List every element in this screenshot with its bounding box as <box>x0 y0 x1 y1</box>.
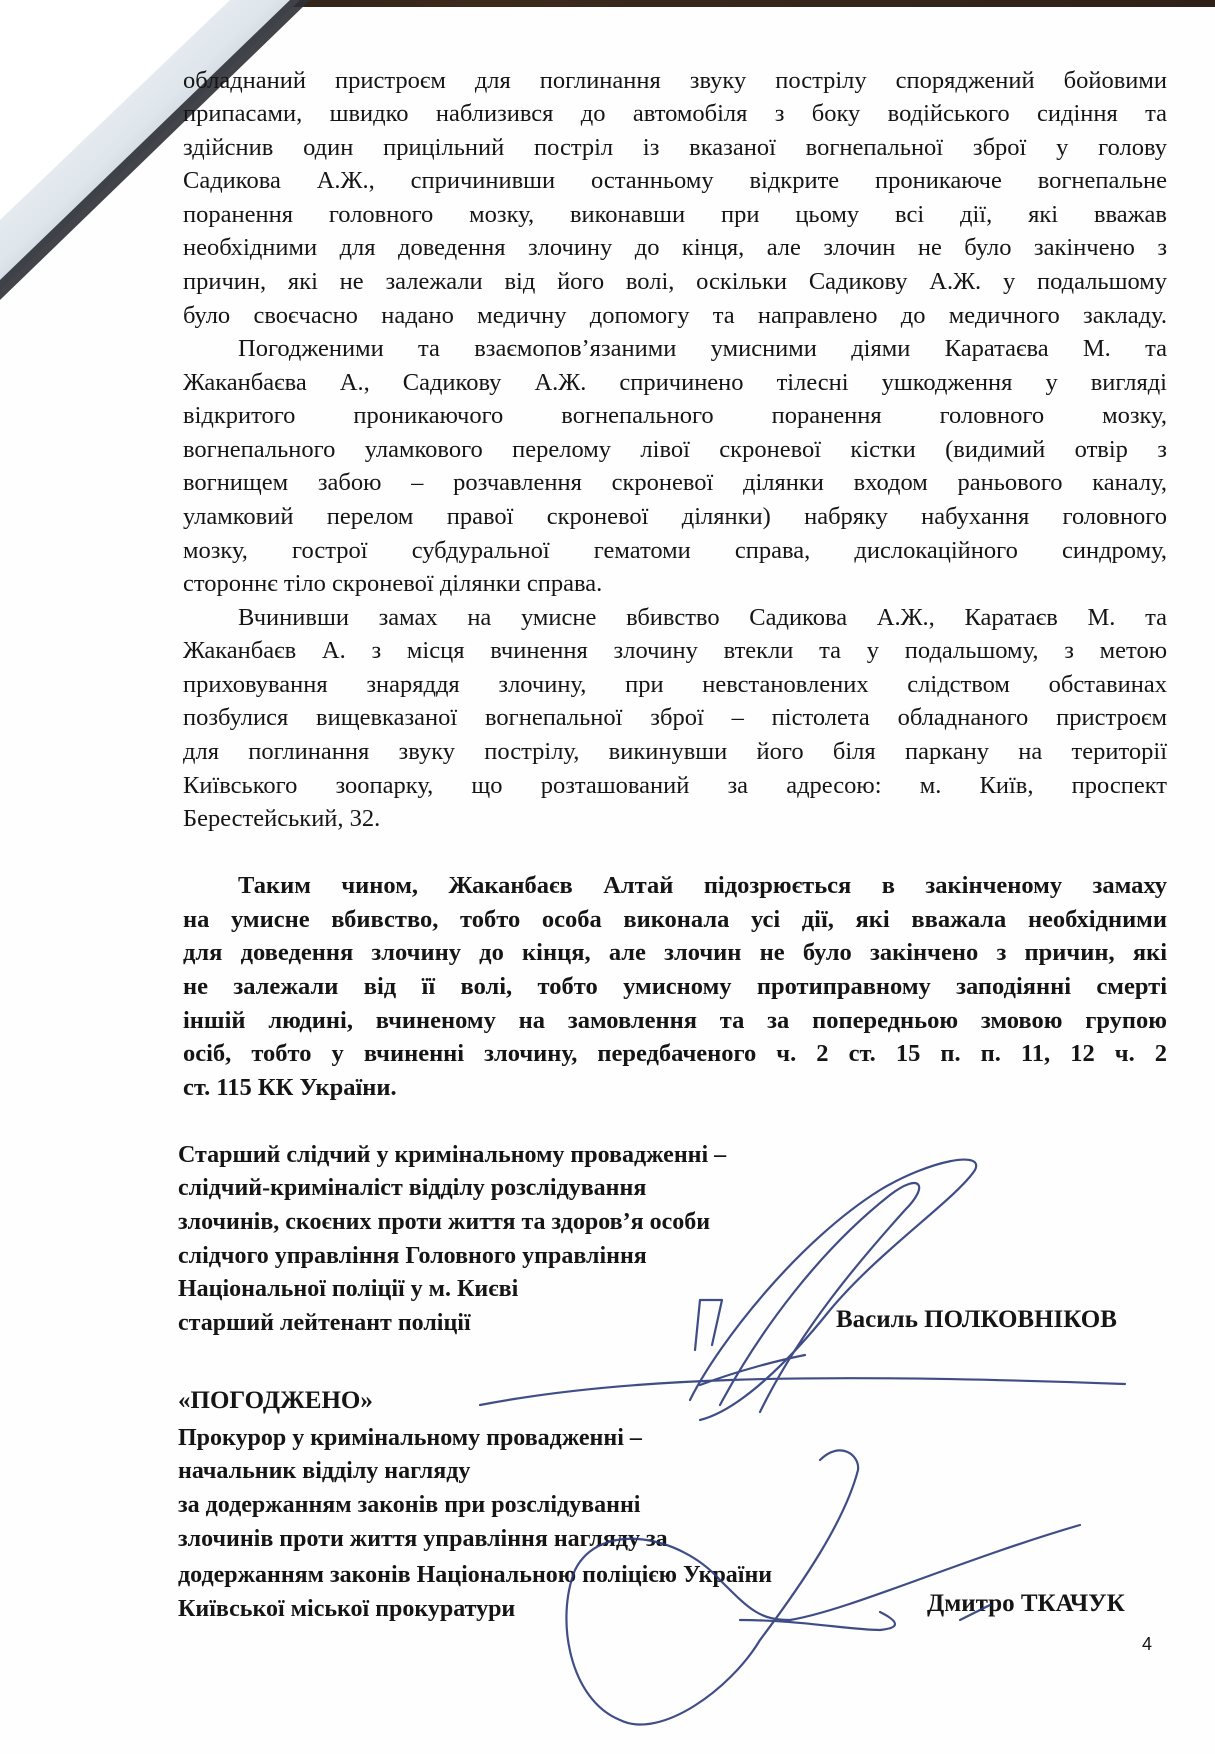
text-line: Садикова А.Ж., спричинивши останньому ві… <box>183 164 1167 198</box>
prosecutor-title-line: Київської міської прокуратури <box>178 1592 515 1626</box>
text-line: позбулися вищевказаної вогнепальної збро… <box>183 701 1167 735</box>
text-line: Берестейський, 32. <box>183 802 1167 836</box>
text-line: Жаканбаєв А. з місця вчинення злочину вт… <box>183 634 1167 668</box>
conclusion-line: Таким чином, Жаканбаєв Алтай підозрюєтьс… <box>238 869 1167 903</box>
text-line: стороннє тіло скроневої ділянки справа. <box>183 567 1167 601</box>
prosecutor-title-line: за додержанням законів при розслідуванні <box>178 1488 640 1522</box>
text-line: здійснив один прицільний постріл із вказ… <box>183 131 1167 165</box>
text-line: Київського зоопарку, що розташований за … <box>183 769 1167 803</box>
conclusion-line: ст. 115 КК України. <box>183 1071 1167 1105</box>
text-line: поранення головного мозку, виконавши при… <box>183 198 1167 232</box>
text-line: Вчинивши замах на умисне вбивство Садико… <box>238 601 1167 635</box>
investigator-title-line: слідчий-криміналіст відділу розслідуванн… <box>178 1171 646 1205</box>
investigator-title-line: слідчого управління Головного управління <box>178 1239 647 1273</box>
text-line: приховування знаряддя злочину, при невст… <box>183 668 1167 702</box>
text-line: припасами, швидко наблизився до автомобі… <box>183 97 1167 131</box>
text-line: було своєчасно надано медичну допомогу т… <box>183 299 1167 333</box>
text-line: причин, які не залежали від його волі, о… <box>183 265 1167 299</box>
conclusion-line: на умисне вбивство, тобто особа виконала… <box>183 903 1167 937</box>
text-line: Жаканбаєва А., Садикову А.Ж. спричинено … <box>183 366 1167 400</box>
conclusion-line: іншій людині, вчиненому на замовлення та… <box>183 1004 1167 1038</box>
investigator-title-line: злочинів, скоєних проти життя та здоров’… <box>178 1205 710 1239</box>
text-line: мозку, гострої субдуральної гематоми спр… <box>183 534 1167 568</box>
prosecutor-title-line: злочинів проти життя управління нагляду … <box>178 1522 668 1556</box>
text-line: обладнаний пристроєм для поглинання звук… <box>183 64 1167 98</box>
text-line: вогнищем забою – розчавлення скроневої д… <box>183 466 1167 500</box>
text-line: Погодженими та взаємопов’язаними умисним… <box>238 332 1167 366</box>
investigator-title-line: Національної поліції у м. Києві <box>178 1272 518 1306</box>
prosecutor-title-line: начальник відділу нагляду <box>178 1454 470 1488</box>
conclusion-line: для доведення злочину до кінця, але злоч… <box>183 936 1167 970</box>
text-line: відкритого проникаючого вогнепального по… <box>183 399 1167 433</box>
prosecutor-title-line: Прокурор у кримінальному провадженні – <box>178 1421 642 1455</box>
text-line: вогнепального уламкового перелому лівої … <box>183 433 1167 467</box>
signature-investigator-icon <box>480 1378 1125 1405</box>
page-number: 4 <box>1142 1632 1152 1656</box>
text-line: уламковий перелом правої скроневої ділян… <box>183 500 1167 534</box>
investigator-title-line: Старший слідчий у кримінальному провадже… <box>178 1138 726 1172</box>
approval-label: «ПОГОДЖЕНО» <box>178 1384 373 1418</box>
scan-top-edge <box>0 0 1215 7</box>
investigator-title-line: старший лейтенант поліції <box>178 1306 471 1340</box>
prosecutor-title-line: додержанням законів Національною поліціє… <box>178 1558 772 1592</box>
conclusion-line: осіб, тобто у вчиненні злочину, передбач… <box>183 1037 1167 1071</box>
prosecutor-name: Дмитро ТКАЧУК <box>927 1587 1125 1621</box>
investigator-name: Василь ПОЛКОВНІКОВ <box>836 1303 1117 1337</box>
text-line: необхідними для доведення злочину до кін… <box>183 231 1167 265</box>
text-line: для поглинання звуку пострілу, викинувши… <box>183 735 1167 769</box>
conclusion-line: не залежали від її волі, тобто умисному … <box>183 970 1167 1004</box>
